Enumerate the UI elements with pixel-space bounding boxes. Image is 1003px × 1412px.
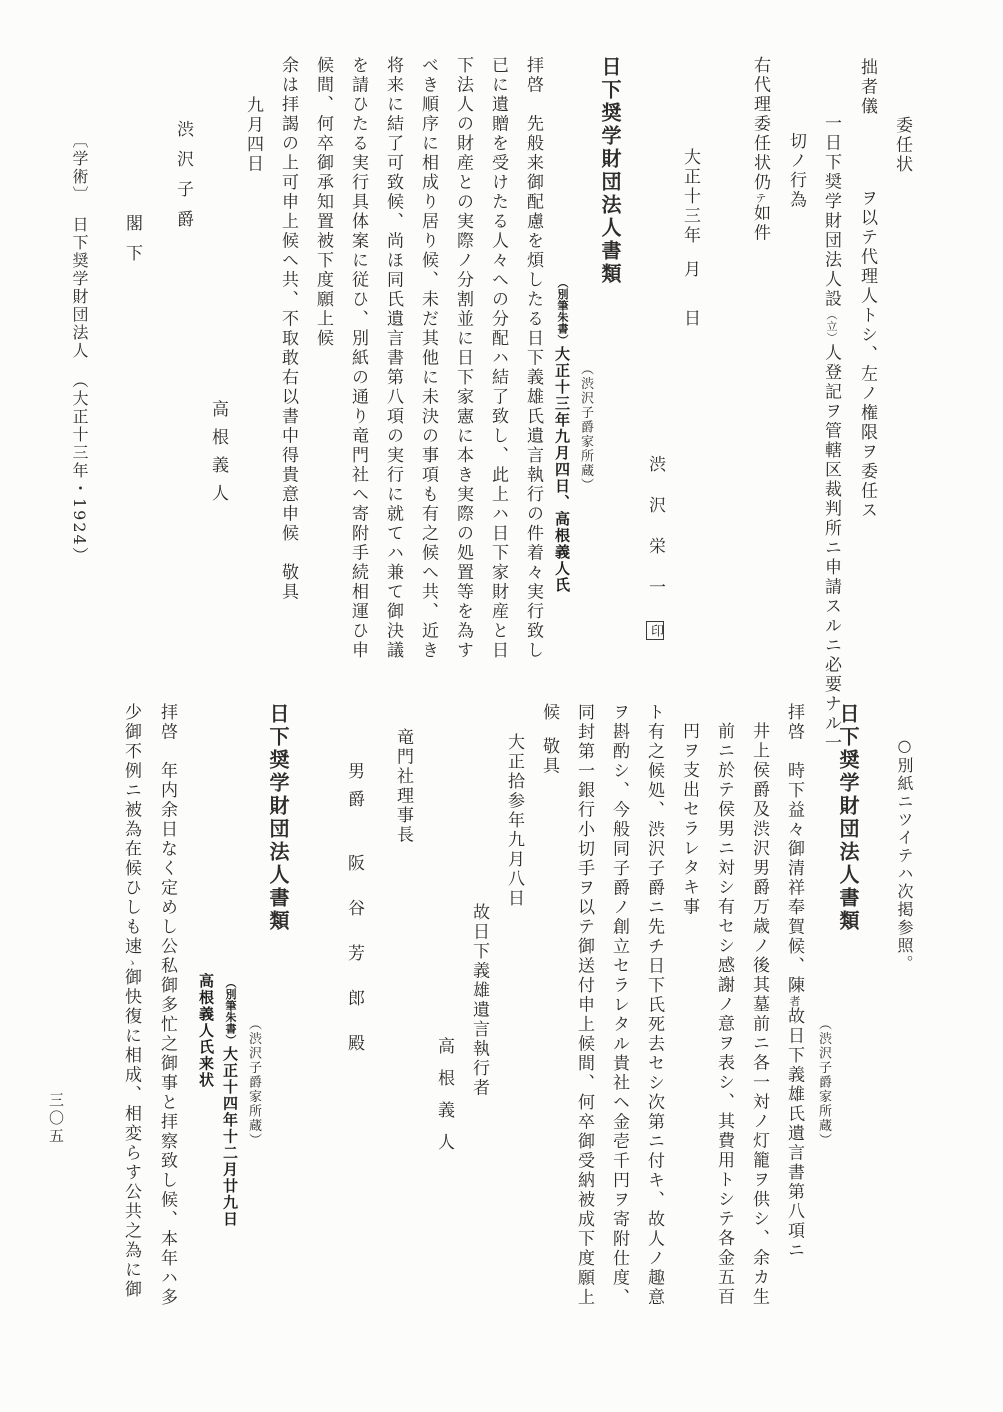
letter2-body-line: ト有之候処、渋沢子爵ニ先チ日下氏死去セシ次第ニ付キ、故人ノ趣意 — [636, 700, 671, 1348]
footer-year: （大正十三年・1924） — [70, 372, 89, 565]
letter1-addressee-honorific: 閣下 — [122, 214, 142, 274]
letter2-body-line: ヲ斟酌シ、今般同子爵ノ創立セラレタル貴社ヘ金壱千円ヲ寄附仕度、 — [601, 700, 636, 1348]
letter2-heading: 日下奨学財団法人書類 — [834, 700, 861, 1348]
letter1-addressee-suffix: 閣下 — [114, 52, 149, 684]
letter2-opening-post: 故日下義雄氏遺言書第八項ニ — [784, 1007, 804, 1261]
poa-closing-okurigana: テ — [754, 193, 767, 205]
letter1-heading: 日下奨学財団法人書類 — [596, 52, 623, 684]
letter3-annotation-subject: 高根義人氏来状 — [194, 700, 218, 1348]
letter1-annotation-text: 大正十三年九月四日、高根義人氏 — [553, 346, 571, 594]
page-number: 三〇五 — [46, 1092, 66, 1146]
poa-date-era: 大正十三年 — [680, 148, 700, 246]
letter2-body-line: 同封第一銀行小切手ヲ以テ御送付申上候間、何卒御受納被成下度願上 — [566, 700, 601, 1348]
letter1-red-ink-annotation: （別筆朱書）大正十三年九月四日、高根義人氏 — [550, 52, 574, 684]
letter1-body-line: 候間、何卒御承知置被下度願上候 — [305, 52, 340, 684]
poa-date-day: 日 — [680, 309, 700, 329]
poa-title: 委任状 — [884, 52, 919, 684]
letter3-body-line: 少御不例ニ被為在候ひしも速ゝ御快復に相成、相変らす公共之為に御 — [113, 700, 149, 1348]
letter1-body-line: 已に遺贈を受けたる人々への分配ハ結了致し、此上ハ日下家財産と日 — [480, 52, 515, 684]
poa-opening-pre: 拙者儀 — [857, 58, 877, 117]
margin-note: ○別紙ニツイテハ次掲参照。 — [889, 700, 919, 1348]
letter2-addressee-line: 男爵阪谷芳郎殿 — [336, 700, 371, 1348]
letter1-signature: 高根義人 — [200, 52, 235, 684]
letter1-date: 九月四日 — [235, 52, 270, 684]
letter1-body-line: を請ひたる実行具体案に従ひ、別紙の通り竜門社へ寄附手続相運ひ申 — [340, 52, 375, 684]
seal-stamp: 印 — [646, 621, 664, 640]
letter2-date: 大正拾参年九月八日 — [496, 700, 531, 1348]
poa-item-pre: 一日下奨学財団法人設 — [821, 114, 841, 309]
letter2-signer-title: 故日下義雄遺言執行者 — [461, 700, 496, 1348]
poa-item-post: 人登記ヲ管轄区裁判所ニ申請スルニ必要ナル一 — [821, 344, 841, 754]
letter1-body-line: 拝啓 先般来御配慮を煩したる日下義雄氏遺言執行の件着々実行致し — [515, 52, 550, 684]
poa-item-insert-note: （立） — [825, 309, 838, 344]
letter1-body-line: 下法人の財産との実際ノ分割並に日下家憲に本き実際の処置等を為す — [445, 52, 480, 684]
poa-opening-line: 拙者儀ヲ以テ代理人トシ、左ノ権限ヲ委任ス — [849, 52, 884, 684]
poa-closing-pre: 右代理委任状仍 — [750, 56, 770, 193]
footer-foundation-title: 日下奨学財団法人 — [70, 216, 89, 360]
letter2-opening-line: 拝啓 時下益々御清祥奉賀候、陳者故日下義雄氏遺言書第八項ニ — [776, 700, 812, 1348]
letter2-closing-salute: 敬具 — [539, 737, 559, 776]
letter2-addressee-title: 竜門社理事長 — [385, 700, 420, 1348]
letter2-source-note: （渋沢子爵家所蔵） — [812, 700, 834, 1348]
letter3-line2-post: 御快復に相成、相変らす公共之為に御 — [121, 968, 141, 1300]
letter3-heading: 日下奨学財団法人書類 — [264, 700, 291, 1348]
lower-text-block: ○別紙ニツイテハ次掲参照。 日下奨学財団法人書類 （渋沢子爵家所蔵） 拝啓 時下… — [113, 700, 919, 1348]
letter2-closing-word: 候 — [539, 703, 559, 723]
letter2-quote-line: 円ヲ支出セラレタキ事 — [671, 700, 706, 1348]
letter2-signature: 高根義人 — [426, 700, 461, 1348]
letter2-addressee-rank: 男爵 — [344, 762, 364, 818]
poa-signature-line: 渋沢栄一印 — [637, 52, 672, 684]
letter2-opening-okurigana: 者 — [788, 996, 801, 1008]
upper-text-block: 委任状 拙者儀ヲ以テ代理人トシ、左ノ権限ヲ委任ス 一日下奨学財団法人設（立）人登… — [64, 52, 919, 684]
letter1-body-line: 余は拝謁の上可申上候へ共、不取敢右以書中得貴意申候 敬具 — [270, 52, 305, 684]
poa-closing-post: 如件 — [750, 204, 770, 243]
letter3-line2-pre: 少御不例ニ被為在候ひしも速 — [121, 703, 141, 957]
letter3-line2-iteration-mark: ゝ — [125, 957, 138, 969]
letter2-opening-pre: 拝啓 時下益々御清祥奉賀候、陳 — [784, 703, 804, 996]
letter2-addressee-name: 阪谷芳郎殿 — [344, 854, 364, 1079]
letter1-addressee-name: 渋沢子爵 — [173, 120, 193, 240]
poa-item-continuation: 切ノ行為 — [778, 52, 813, 684]
letter3-red-ink-annotation: （別筆朱書）大正十四年十二月廿九日 — [218, 700, 242, 1348]
letter1-body-line: べき順序に相成り居り候、未だ其他に未決の事項も有之候へ共、近き — [410, 52, 445, 684]
letter1-addressee: 渋沢子爵 — [165, 52, 200, 684]
section-footer-label: 〔学術〕日下奨学財団法人（大正十三年・1924） — [64, 52, 94, 684]
letter2-signer-name: 高根義人 — [434, 1037, 454, 1165]
letter3-source-note: （渋沢子爵家所蔵） — [242, 700, 264, 1348]
letter2-quote-line: 井上侯爵及渋沢男爵万歳ノ後其墓前ニ各一対ノ灯籠ヲ供シ、余カ生 — [741, 700, 776, 1348]
poa-closing-line: 右代理委任状仍テ如件 — [742, 52, 778, 684]
letter1-signer-name: 高根義人 — [208, 400, 228, 512]
letter3-annotation-date: 大正十四年十二月廿九日 — [221, 1046, 239, 1228]
letter3-body-line: 拝啓 年内余日なく定めし公私御多忙之御事と拝察致し候、本年ハ多 — [149, 700, 184, 1348]
poa-signer-name: 渋沢栄一 — [645, 455, 665, 619]
letter2-quote-line: 前ニ於テ侯男ニ対シ有セシ感謝ノ意ヲ表シ、其費用トシテ各金五百 — [706, 700, 741, 1348]
letter2-closing-line: 候敬具 — [531, 700, 566, 1348]
poa-item-line: 一日下奨学財団法人設（立）人登記ヲ管轄区裁判所ニ申請スルニ必要ナル一 — [813, 52, 849, 684]
poa-opening-post: ヲ以テ代理人トシ、左ノ権限ヲ委任ス — [857, 189, 877, 521]
footer-category-tag: 〔学術〕 — [70, 132, 89, 204]
poa-date-month: 月 — [680, 260, 700, 280]
letter1-body-line: 将来に結了可致候、尚ほ同氏遺言書第八項の実行に就てハ兼て御決議 — [375, 52, 410, 684]
poa-date-line: 大正十三年月日 — [672, 52, 707, 684]
letter1-source-note: （渋沢子爵家所蔵） — [574, 52, 596, 684]
scanned-book-page: 委任状 拙者儀ヲ以テ代理人トシ、左ノ権限ヲ委任ス 一日下奨学財団法人設（立）人登… — [0, 0, 1003, 1412]
letter1-annotation-tag: （別筆朱書） — [556, 277, 569, 346]
letter3-annotation-tag: （別筆朱書） — [224, 977, 237, 1046]
